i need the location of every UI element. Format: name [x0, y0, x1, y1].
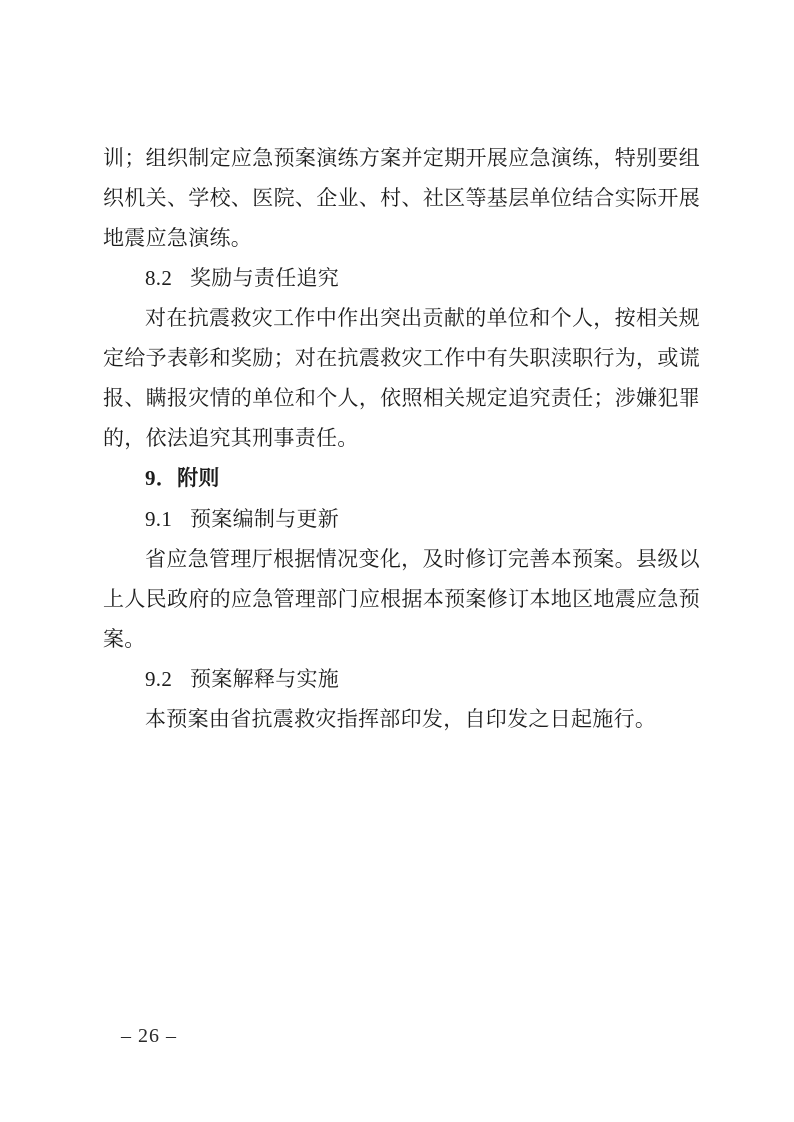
- heading-9-number: 9．: [145, 466, 177, 490]
- heading-9: 9．附则: [103, 458, 700, 499]
- page-number: – 26 –: [121, 1025, 177, 1047]
- heading-9-1: 9.1预案编制与更新: [103, 499, 700, 539]
- heading-8-2-title: 奖励与责任追究: [190, 266, 339, 290]
- heading-9-2-number: 9.2: [145, 667, 172, 691]
- heading-9-2-title: 预案解释与实施: [190, 667, 339, 691]
- heading-9-1-number: 9.1: [145, 507, 172, 531]
- heading-9-title: 附则: [177, 467, 220, 490]
- page-footer: – 26 –: [121, 1023, 177, 1049]
- paragraph-plan-implementation: 本预案由省抗震救灾指挥部印发，自印发之日起施行。: [103, 699, 700, 739]
- document-body: 训；组织制定应急预案演练方案并定期开展应急演练，特别要组织机关、学校、医院、企业…: [103, 138, 700, 739]
- heading-9-1-title: 预案编制与更新: [190, 507, 339, 531]
- document-page: 训；组织制定应急预案演练方案并定期开展应急演练，特别要组织机关、学校、医院、企业…: [0, 0, 794, 1122]
- heading-9-2: 9.2预案解释与实施: [103, 659, 700, 699]
- paragraph-reward-accountability: 对在抗震救灾工作中作出突出贡献的单位和个人，按相关规定给予表彰和奖励；对在抗震救…: [103, 298, 700, 458]
- heading-8-2: 8.2奖励与责任追究: [103, 258, 700, 298]
- heading-8-2-number: 8.2: [145, 266, 172, 290]
- paragraph-plan-revision: 省应急管理厅根据情况变化，及时修订完善本预案。县级以上人民政府的应急管理部门应根…: [103, 539, 700, 659]
- paragraph-training-drills: 训；组织制定应急预案演练方案并定期开展应急演练，特别要组织机关、学校、医院、企业…: [103, 138, 700, 258]
